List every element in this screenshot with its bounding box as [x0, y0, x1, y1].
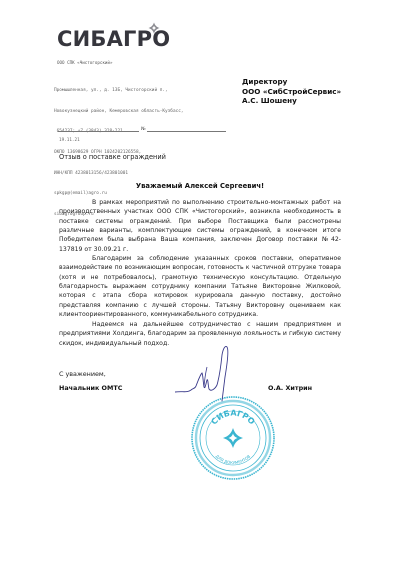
address-line: Промышленная, ул., д. 13Б, Чистогорский … — [54, 88, 184, 95]
svg-text:ДЛЯ ДОКУМЕНТОВ: ДЛЯ ДОКУМЕНТОВ — [215, 453, 252, 465]
letter-subject: Отзыв о поставке ограждений — [59, 153, 166, 161]
body-paragraph-1: В рамках мероприятий по выполнению строи… — [59, 198, 341, 254]
address-line: Новокузнецкий район, Кемеровская область… — [54, 109, 184, 116]
closing-regards: С уважением, — [59, 370, 106, 378]
signer-name: О.А. Хитрин — [268, 384, 312, 392]
registration-date-line — [58, 131, 139, 132]
registration-number-mark: № — [141, 127, 146, 132]
letter-greeting: Уважаемый Алексей Сергеевич! — [0, 182, 400, 190]
svg-text:СИБАГРО: СИБАГРО — [209, 409, 256, 427]
recipient-block: Директору ООО «СибСтройСервис» А.С. Шоше… — [242, 77, 341, 106]
signer-position: Начальник ОМТС — [59, 384, 122, 392]
address-line: ИНН/КПП 4238013156/423801001 — [54, 171, 184, 178]
paragraph-text: Надеемся на дальнейшее сотрудничество с … — [59, 320, 341, 348]
recipient-title: Директору — [242, 77, 341, 87]
paragraph-text: Благодарим за соблюдение указанных сроко… — [59, 254, 341, 319]
company-stamp: СИБАГРО ДЛЯ ДОКУМЕНТОВ — [190, 395, 276, 481]
handwritten-signature — [175, 345, 255, 405]
recipient-name: А.С. Шошену — [242, 96, 341, 106]
recipient-company: ООО «СибСтройСервис» — [242, 87, 341, 97]
body-paragraph-2: Благодарим за соблюдение указанных сроко… — [59, 254, 341, 319]
body-paragraph-3: Надеемся на дальнейшее сотрудничество с … — [59, 320, 341, 348]
company-name-small: ООО СПК «Чистогорский» — [57, 60, 112, 65]
paragraph-text: В рамках мероприятий по выполнению строи… — [59, 198, 341, 254]
logo-diamond-icon — [148, 22, 160, 34]
registration-number-line — [147, 131, 226, 132]
letter-date: 19.11.21 — [59, 138, 80, 143]
stamp-bottom-text: ДЛЯ ДОКУМЕНТОВ — [215, 453, 252, 465]
stamp-title: СИБАГРО — [209, 409, 256, 427]
